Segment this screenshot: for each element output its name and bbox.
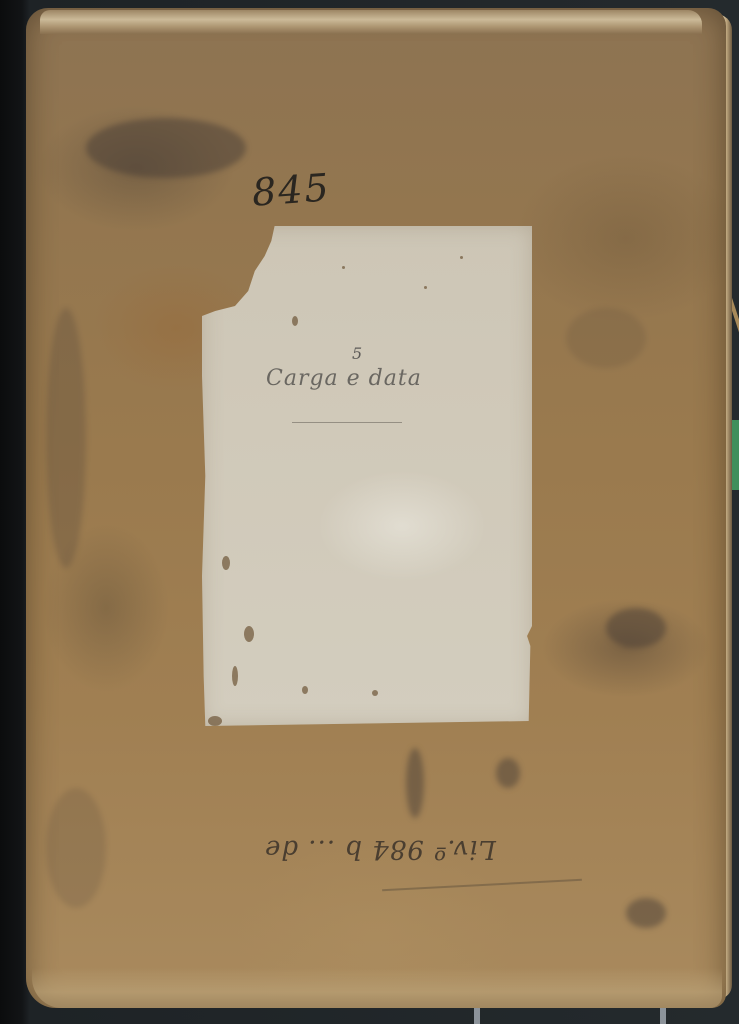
label-speck: [222, 556, 230, 570]
leather-stain: [606, 608, 666, 648]
paper-label: 5 Carga e data: [202, 226, 532, 726]
label-small-number: 5: [352, 344, 362, 363]
leather-stain: [406, 748, 424, 818]
bottom-scribble-line: [382, 879, 582, 891]
label-speck: [208, 716, 222, 726]
leather-stain: [626, 898, 666, 928]
book-top-edge: [40, 10, 702, 34]
label-speck: [244, 626, 254, 642]
leather-stain: [46, 308, 86, 568]
bottom-inscription-upside-down: Liv.º 984 b ... de: [264, 834, 496, 864]
book-cover: 845 5 Carga e data Liv.º 984 b ... de: [26, 8, 726, 1008]
label-speck: [302, 686, 308, 694]
label-speck: [460, 256, 463, 259]
label-title: Carga e data: [266, 366, 422, 391]
label-speck: [342, 266, 345, 269]
leather-stain: [86, 118, 246, 178]
label-underline: [292, 422, 402, 423]
label-speck: [424, 286, 427, 289]
leather-stain: [496, 758, 520, 788]
label-speck: [292, 316, 298, 326]
label-speck: [232, 666, 238, 686]
shelf-number: 845: [251, 165, 332, 214]
leather-stain: [566, 308, 646, 368]
book-bottom-edge: [32, 968, 722, 1008]
label-speck: [372, 690, 378, 696]
leather-stain: [46, 788, 106, 908]
